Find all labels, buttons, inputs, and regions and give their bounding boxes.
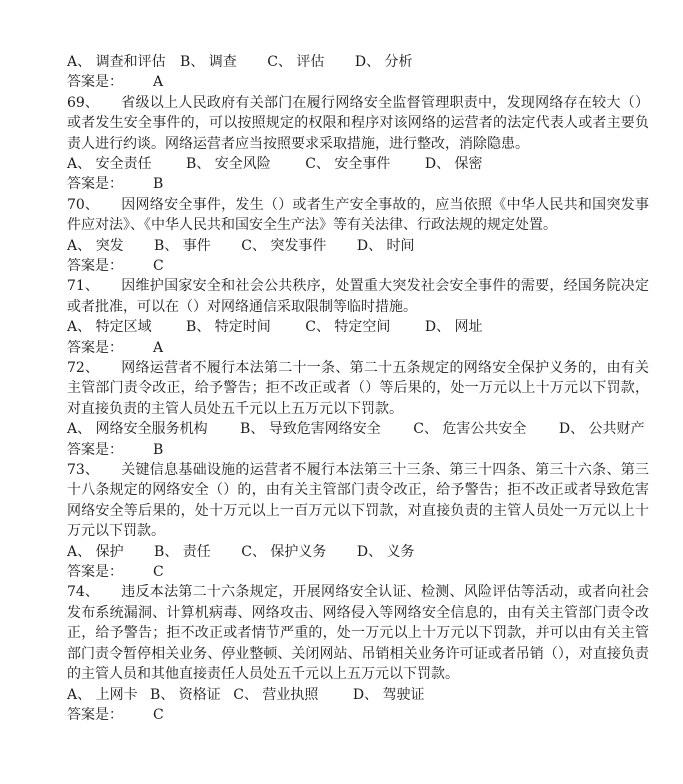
question-71: 71、因维护国家安全和社会公共秩序，处置重大突发社会安全事件的需要，经国务院决定…	[67, 276, 649, 317]
option-b: B、 责任	[154, 542, 211, 562]
answer-value: B	[153, 176, 163, 192]
answer-label: 答案是：	[67, 562, 153, 582]
options-row-74: A、 上网卡 B、 资格证 C、 营业执照 D、 驾驶证	[67, 685, 649, 705]
question-number: 73、	[67, 460, 121, 480]
answer-label: 答案是：	[67, 338, 153, 358]
question-text: 因维护国家安全和社会公共秩序，处置重大突发社会安全事件的需要，经国务院决定或者批…	[67, 278, 649, 314]
answer-value: A	[153, 74, 163, 90]
option-a: A、 突发	[67, 236, 124, 256]
option-c: C、 保护义务	[241, 542, 326, 562]
option-b: B、 调查	[180, 52, 237, 72]
option-d: D、 网址	[425, 317, 483, 337]
option-c: C、 营业执照	[233, 685, 318, 705]
question-74: 74、违反本法第二十六条规定，开展网络安全认证、检测、风险评估等活动，或者向社会…	[67, 582, 649, 684]
answer-label: 答案是：	[67, 440, 153, 460]
option-d: D、 分析	[355, 52, 413, 72]
question-69: 69、省级以上人民政府有关部门在履行网络安全监督管理职责中，发现网络存在较大（）…	[67, 93, 649, 154]
question-70: 70、因网络安全事件，发生（）或者生产安全事故的，应当依照《中华人民共和国突发事…	[67, 195, 649, 236]
question-text: 因网络安全事件，发生（）或者生产安全事故的，应当依照《中华人民共和国突发事件应对…	[67, 197, 649, 233]
answer-value: C	[153, 258, 164, 274]
option-c: C、 安全事件	[305, 154, 390, 174]
answer-row-72: 答案是：B	[67, 440, 649, 460]
option-d: D、 保密	[425, 154, 483, 174]
option-c: C、 突发事件	[241, 236, 326, 256]
question-text: 违反本法第二十六条规定，开展网络安全认证、检测、风险评估等活动，或者向社会发布系…	[67, 584, 649, 682]
question-number: 69、	[67, 93, 121, 113]
question-number: 71、	[67, 276, 121, 296]
option-d: D、 义务	[357, 542, 415, 562]
option-c: C、 特定空间	[305, 317, 390, 337]
answer-value: B	[153, 442, 163, 458]
answer-value: C	[153, 707, 164, 723]
option-b: B、 事件	[154, 236, 211, 256]
question-number: 70、	[67, 195, 121, 215]
question-number: 74、	[67, 582, 121, 602]
option-d: D、 时间	[357, 236, 415, 256]
option-a: A、 保护	[67, 542, 124, 562]
options-row-69: A、 安全责任 B、 安全风险 C、 安全事件 D、 保密	[67, 154, 649, 174]
option-b: B、 安全风险	[186, 154, 271, 174]
answer-label: 答案是：	[67, 72, 153, 92]
question-number: 72、	[67, 358, 121, 378]
option-c: C、 危害公共安全	[413, 419, 526, 439]
answer-row-74: 答案是：C	[67, 705, 649, 725]
answer-label: 答案是：	[67, 705, 153, 725]
option-b: B、 资格证	[150, 685, 221, 705]
option-a: A、 网络安全服务机构	[67, 419, 208, 439]
document-page: A、 调查和评估 B、 调查 C、 评估 D、 分析 答案是：A 69、省级以上…	[67, 52, 649, 725]
answer-label: 答案是：	[67, 174, 153, 194]
question-text: 省级以上人民政府有关部门在履行网络安全监督管理职责中，发现网络存在较大（）或者发…	[67, 95, 649, 152]
options-row-73: A、 保护 B、 责任 C、 保护义务 D、 义务	[67, 542, 649, 562]
answer-row-69: 答案是：B	[67, 174, 649, 194]
question-text: 关键信息基础设施的运营者不履行本法第三十三条、第三十四条、第三十六条、第三十八条…	[67, 462, 649, 539]
answer-value: A	[153, 340, 163, 356]
answer-row-prev: 答案是：A	[67, 72, 649, 92]
options-row-prev: A、 调查和评估 B、 调查 C、 评估 D、 分析	[67, 52, 649, 72]
answer-label: 答案是：	[67, 256, 153, 276]
option-d: D、 驾驶证	[353, 685, 425, 705]
option-c: C、 评估	[267, 52, 324, 72]
question-72: 72、网络运营者不履行本法第二十一条、第二十五条规定的网络安全保护义务的，由有关…	[67, 358, 649, 419]
option-b: B、 特定时间	[186, 317, 271, 337]
option-a: A、 安全责任	[67, 154, 152, 174]
option-a: A、 特定区域	[67, 317, 152, 337]
answer-row-71: 答案是：A	[67, 338, 649, 358]
answer-value: C	[153, 564, 164, 580]
answer-row-73: 答案是：C	[67, 562, 649, 582]
option-a: A、 调查和评估	[67, 52, 166, 72]
question-73: 73、关键信息基础设施的运营者不履行本法第三十三条、第三十四条、第三十六条、第三…	[67, 460, 649, 542]
option-b: B、 导致危害网络安全	[240, 419, 381, 439]
options-row-70: A、 突发 B、 事件 C、 突发事件 D、 时间	[67, 236, 649, 256]
options-row-72: A、 网络安全服务机构 B、 导致危害网络安全 C、 危害公共安全 D、 公共财…	[67, 419, 649, 439]
options-row-71: A、 特定区域 B、 特定时间 C、 特定空间 D、 网址	[67, 317, 649, 337]
option-d: D、 公共财产	[559, 419, 645, 439]
option-a: A、 上网卡	[67, 685, 138, 705]
question-text: 网络运营者不履行本法第二十一条、第二十五条规定的网络安全保护义务的，由有关主管部…	[67, 360, 649, 417]
answer-row-70: 答案是：C	[67, 256, 649, 276]
